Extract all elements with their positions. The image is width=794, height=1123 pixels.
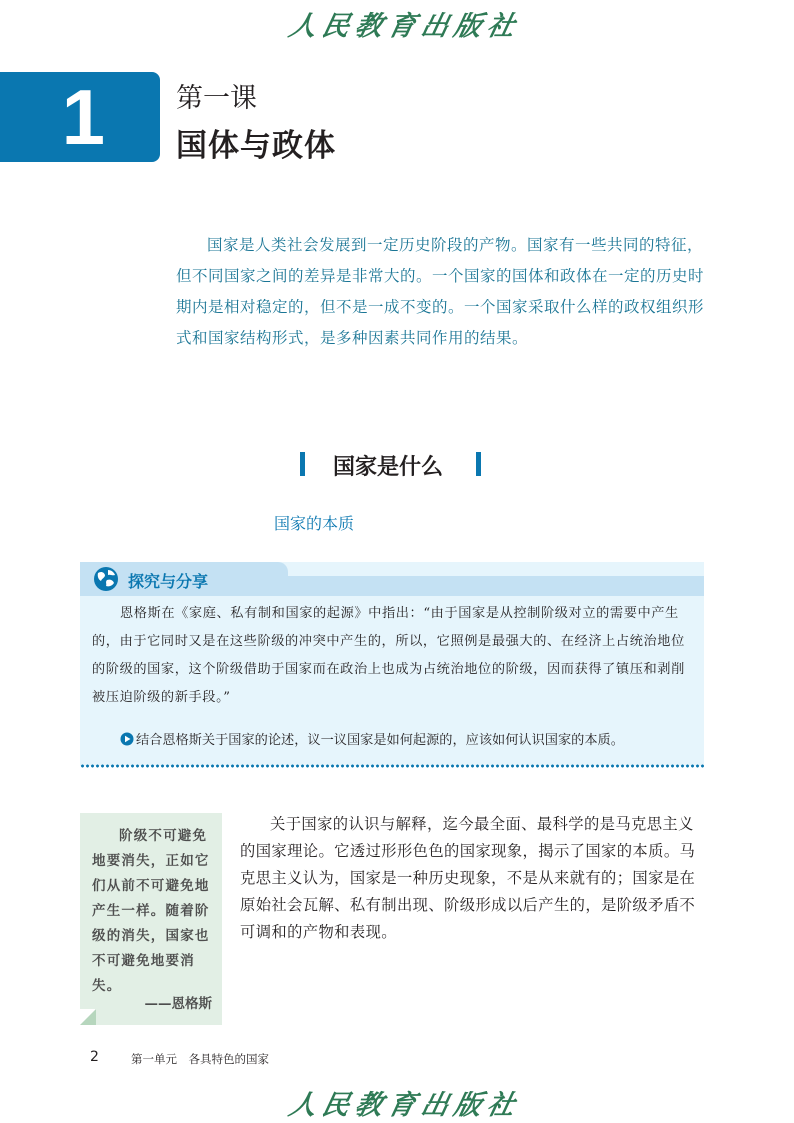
discussion-question: 结合恩格斯关于国家的论述，议一议国家是如何起源的，应该如何认识国家的本质。 [120,729,710,748]
play-icon [120,732,134,746]
body-paragraph: 关于国家的认识与解释，迄今最全面、最科学的是马克思主义的国家理论。它透过形形色色… [240,811,706,946]
dotted-divider [80,764,706,768]
heading-bar-left [300,452,305,476]
section-heading-container: 国家是什么 [300,450,485,480]
sidebar-quote-author: ——恩格斯 [92,992,212,1012]
publisher-logo-top: 人民教育出版社 [286,4,525,43]
lesson-label: 第一课 [176,76,257,115]
section-heading: 国家是什么 [333,450,443,481]
globe-icon [93,566,119,592]
intro-paragraph: 国家是人类社会发展到一定历史阶段的产物。国家有一些共同的特征，但不同国家之间的差… [176,230,706,354]
page-number: 2 [90,1049,99,1065]
footer-unit-title: 第一单元 各具特色的国家 [131,1051,269,1067]
engels-quote: 恩格斯在《家庭、私有制和国家的起源》中指出：“由于国家是从控制阶级对立的需要中产… [92,600,692,712]
heading-bar-right [476,452,481,476]
sidebar-quote-text: 阶级不可避免地要消失，正如它们从前不可避免地产生一样。随着阶级的消失，国家也不可… [92,824,214,999]
explore-title: 探究与分享 [128,569,208,592]
subsection-heading: 国家的本质 [274,511,354,534]
lesson-title: 国体与政体 [176,120,336,165]
publisher-logo-bottom: 人民教育出版社 [286,1083,525,1122]
lesson-number: 1 [0,72,160,162]
question-text: 结合恩格斯关于国家的论述，议一议国家是如何起源的，应该如何认识国家的本质。 [136,733,624,748]
